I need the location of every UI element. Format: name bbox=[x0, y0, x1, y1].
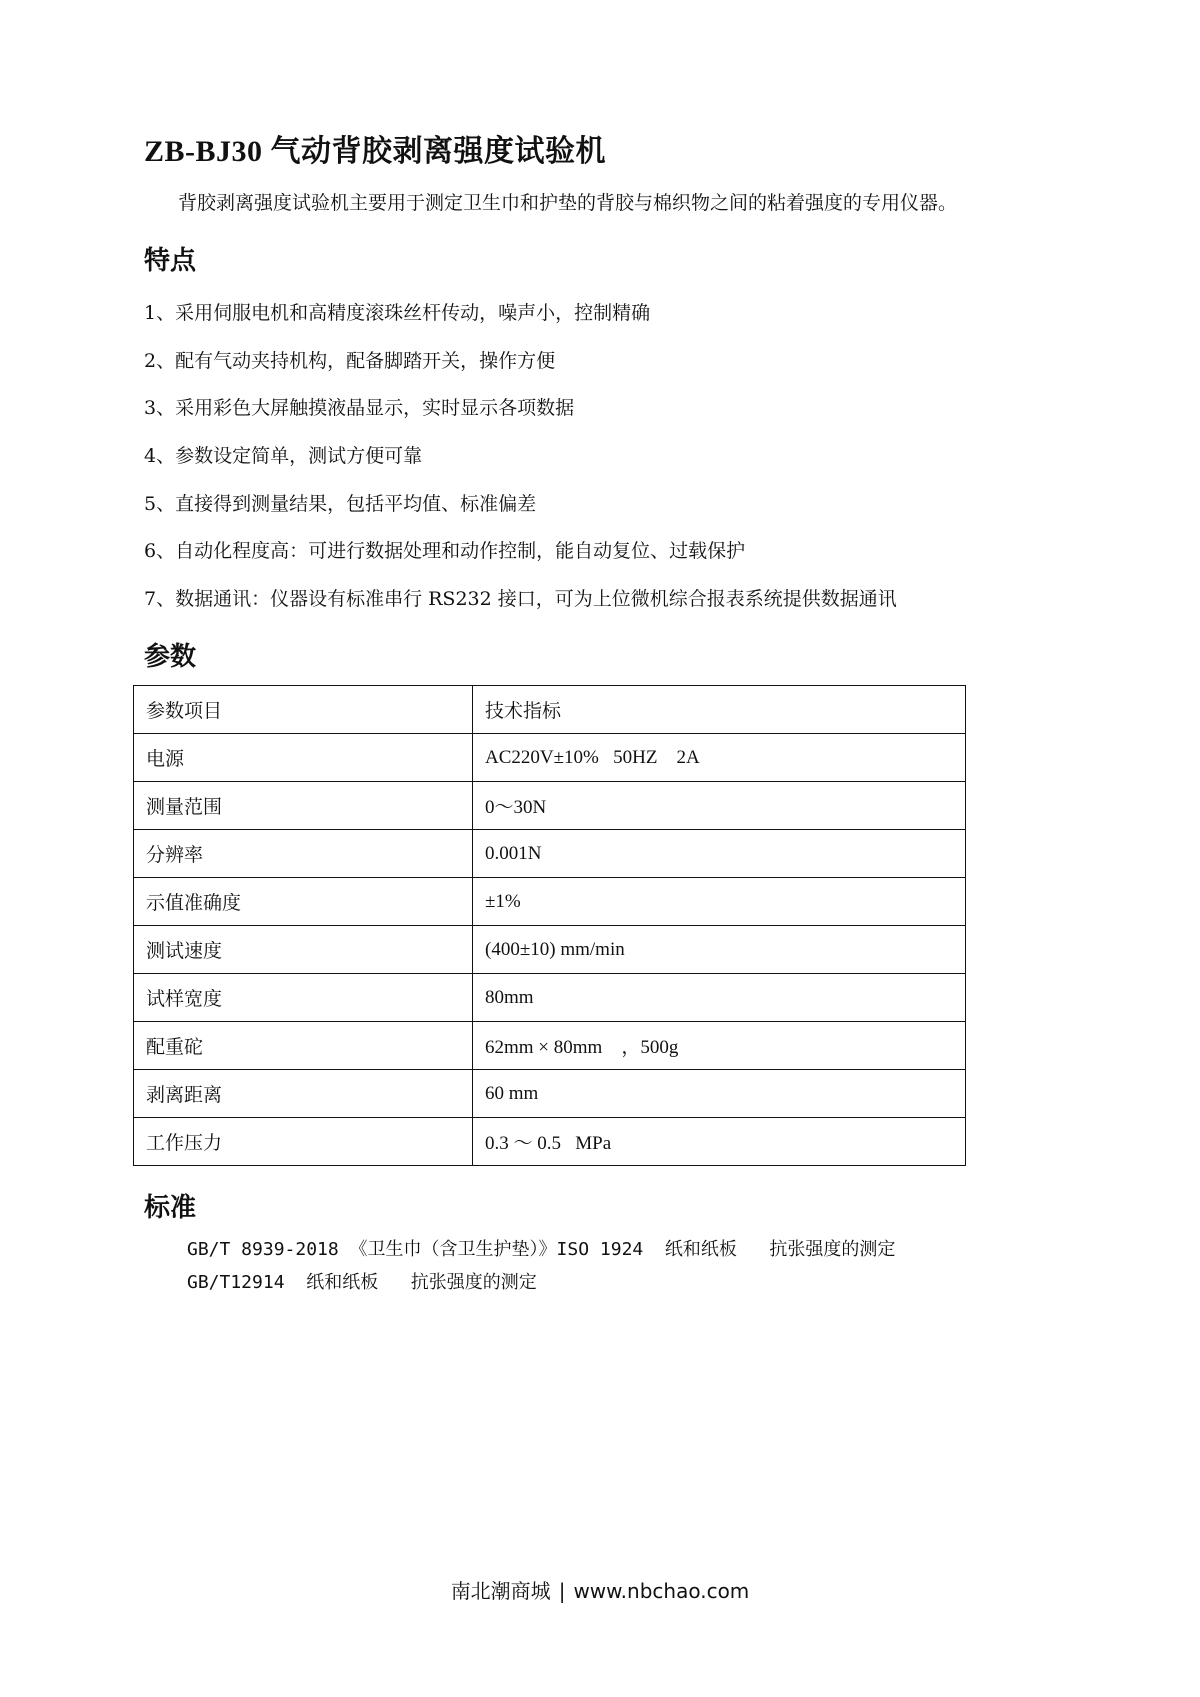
param-name: 测量范围 bbox=[134, 782, 473, 830]
table-row: 试样宽度 80mm bbox=[134, 974, 966, 1022]
parameters-table: 参数项目 技术指标 电源 AC220V±10% 50HZ 2A 测量范围 0～3… bbox=[133, 685, 966, 1166]
param-value: 0～30N bbox=[473, 782, 966, 830]
param-name: 电源 bbox=[134, 734, 473, 782]
param-name: 测试速度 bbox=[134, 926, 473, 974]
feature-item: 5、直接得到测量结果，包括平均值、标准偏差 bbox=[144, 491, 897, 539]
table-row: 电源 AC220V±10% 50HZ 2A bbox=[134, 734, 966, 782]
table-row: 测量范围 0～30N bbox=[134, 782, 966, 830]
feature-item: 4、参数设定简单，测试方便可靠 bbox=[144, 443, 897, 491]
footer-site-name: 南北潮商城 bbox=[451, 1579, 551, 1603]
feature-item: 3、采用彩色大屏触摸液晶显示，实时显示各项数据 bbox=[144, 395, 897, 443]
param-value: AC220V±10% 50HZ 2A bbox=[473, 734, 966, 782]
param-value: 0.001N bbox=[473, 830, 966, 878]
features-heading: 特点 bbox=[144, 240, 196, 277]
table-row: 分辨率 0.001N bbox=[134, 830, 966, 878]
param-name: 配重砣 bbox=[134, 1022, 473, 1070]
param-value: 0.3 ～ 0.5 MPa bbox=[473, 1118, 966, 1166]
param-value: ±1% bbox=[473, 878, 966, 926]
table-row: 工作压力 0.3 ～ 0.5 MPa bbox=[134, 1118, 966, 1166]
param-name: 试样宽度 bbox=[134, 974, 473, 1022]
intro-paragraph: 背胶剥离强度试验机主要用于测定卫生巾和护垫的背胶与棉织物之间的粘着强度的专用仪器… bbox=[178, 188, 957, 215]
column-header-item: 参数项目 bbox=[134, 686, 473, 734]
parameters-heading: 参数 bbox=[144, 636, 196, 673]
feature-item: 6、自动化程度高：可进行数据处理和动作控制，能自动复位、过载保护 bbox=[144, 538, 897, 586]
table-row: 剥离距离 60 mm bbox=[134, 1070, 966, 1118]
param-value: 62mm × 80mm ，500g bbox=[473, 1022, 966, 1070]
param-value: 80mm bbox=[473, 974, 966, 1022]
feature-item: 7、数据通讯：仪器设有标准串行 RS232 接口，可为上位微机综合报表系统提供数… bbox=[144, 586, 897, 634]
document-title: ZB-BJ30 气动背胶剥离强度试验机 bbox=[144, 126, 606, 170]
param-value: (400±10) mm/min bbox=[473, 926, 966, 974]
footer-separator: | bbox=[559, 1579, 566, 1603]
feature-item: 2、配有气动夹持机构，配备脚踏开关，操作方便 bbox=[144, 348, 897, 396]
param-name: 工作压力 bbox=[134, 1118, 473, 1166]
table-header-row: 参数项目 技术指标 bbox=[134, 686, 966, 734]
features-list: 1、采用伺服电机和高精度滚珠丝杆传动，噪声小，控制精确 2、配有气动夹持机构，配… bbox=[144, 300, 897, 634]
table-row: 配重砣 62mm × 80mm ，500g bbox=[134, 1022, 966, 1070]
param-name: 分辨率 bbox=[134, 830, 473, 878]
column-header-spec: 技术指标 bbox=[473, 686, 966, 734]
standard-item: GB/T 8939-2018 《卫生巾（含卫生护垫）》ISO 1924 纸和纸板… bbox=[187, 1235, 895, 1268]
standards-list: GB/T 8939-2018 《卫生巾（含卫生护垫）》ISO 1924 纸和纸板… bbox=[187, 1235, 895, 1301]
table-row: 示值准确度 ±1% bbox=[134, 878, 966, 926]
standards-heading: 标准 bbox=[144, 1187, 196, 1224]
param-name: 剥离距离 bbox=[134, 1070, 473, 1118]
feature-item: 1、采用伺服电机和高精度滚珠丝杆传动，噪声小，控制精确 bbox=[144, 300, 897, 348]
param-value: 60 mm bbox=[473, 1070, 966, 1118]
footer-url-link[interactable]: www.nbchao.com bbox=[573, 1579, 749, 1603]
table-row: 测试速度 (400±10) mm/min bbox=[134, 926, 966, 974]
standard-item: GB/T12914 纸和纸板 抗张强度的测定 bbox=[187, 1268, 895, 1301]
param-name: 示值准确度 bbox=[134, 878, 473, 926]
footer: 南北潮商城|www.nbchao.com bbox=[0, 1575, 1200, 1604]
